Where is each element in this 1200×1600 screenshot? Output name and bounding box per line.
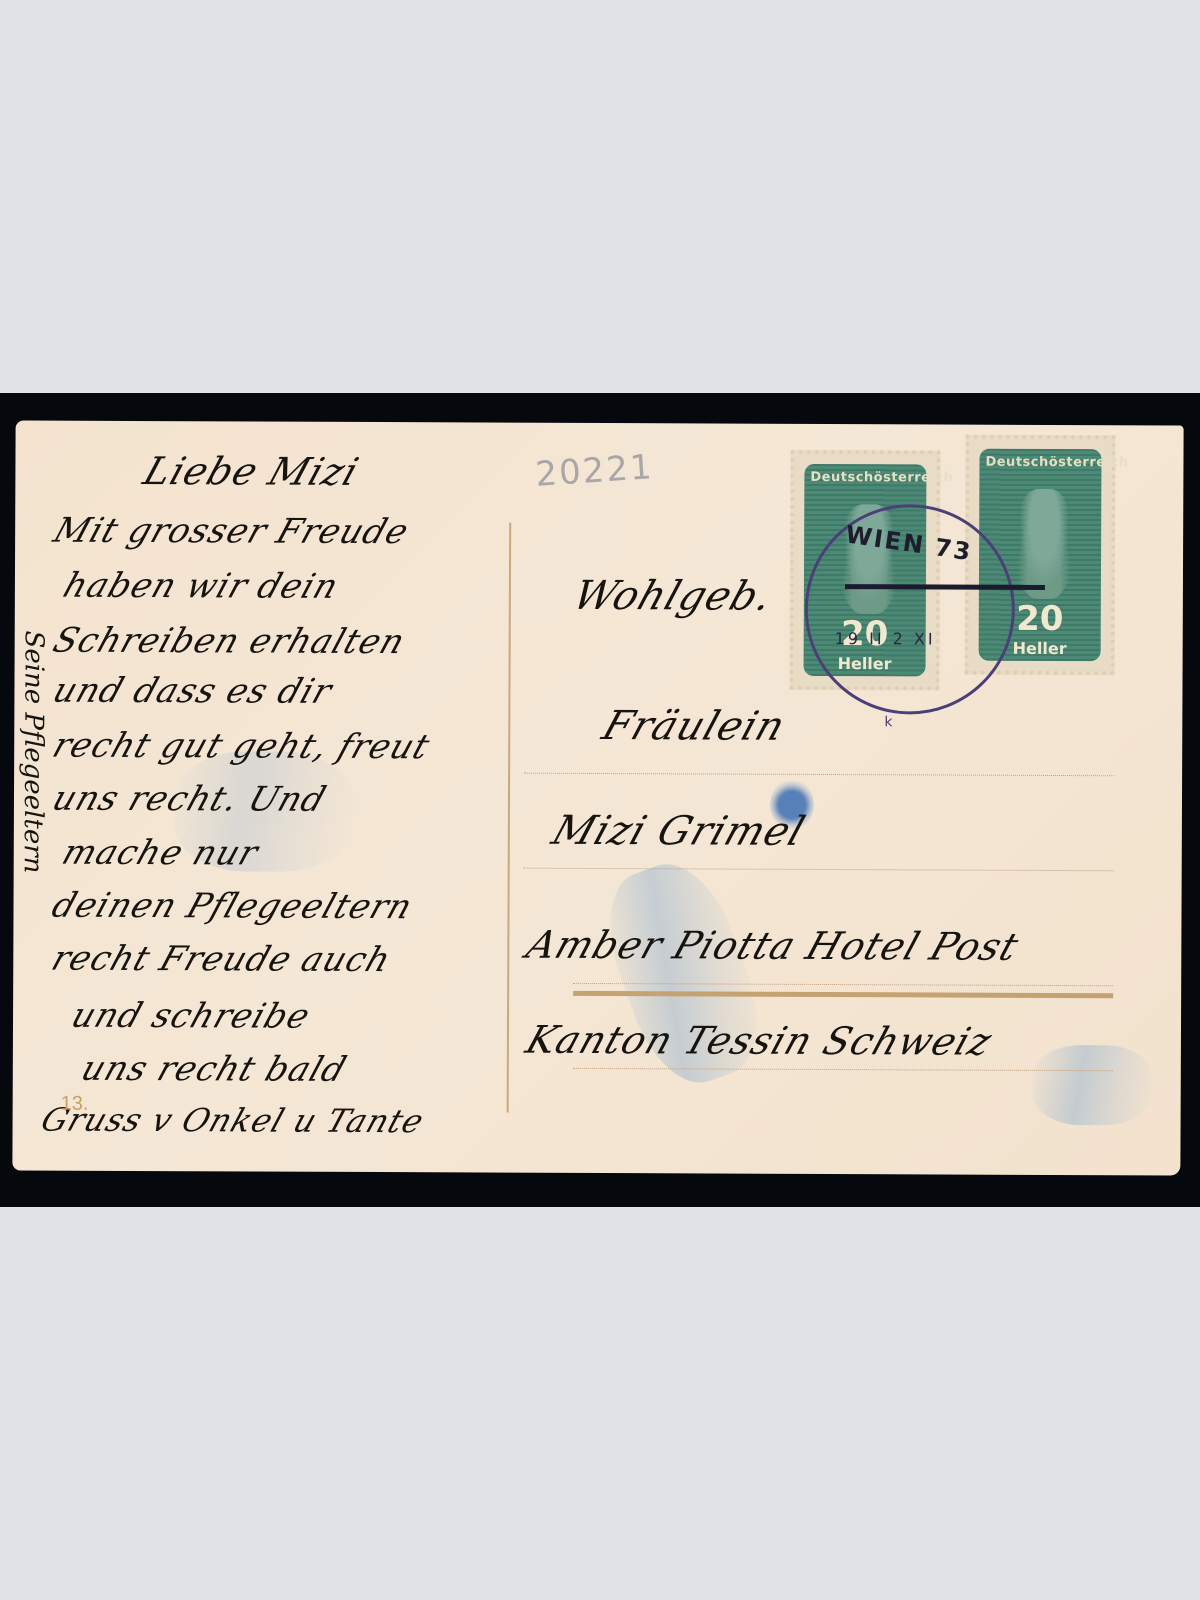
- message-line: recht Freude auch: [47, 939, 397, 980]
- address-rule: [524, 868, 1114, 873]
- address-line: Mizi Grimel: [546, 808, 811, 855]
- stamp-country: Deutschösterreich: [985, 455, 1095, 470]
- message-line: deinen Pflegeeltern: [47, 886, 418, 928]
- message-line: uns recht. Und: [47, 779, 331, 820]
- address-line: Kanton Tessin Schweiz: [521, 1018, 998, 1064]
- ink-smear: [1033, 1045, 1153, 1126]
- message-line: mache nur: [57, 833, 264, 874]
- message-line: Schreiben erhalten: [48, 621, 410, 662]
- message-greeting: Liebe Mizi: [138, 449, 365, 494]
- printed-card-number: 13.: [61, 1093, 89, 1116]
- address-rule: [524, 773, 1114, 778]
- message-line: Mit grosser Freude: [49, 511, 415, 552]
- message-line: und dass es dir: [48, 671, 338, 712]
- message-line: und schreibe: [66, 996, 315, 1037]
- postmark-letter: k: [884, 714, 892, 730]
- address-line: Amber Piotta Hotel Post: [521, 923, 1025, 969]
- address-line: Wohlgeb.: [567, 573, 779, 620]
- message-line: uns recht bald: [76, 1049, 352, 1090]
- message-side-note: Seine Pflegeeltern: [18, 630, 49, 873]
- stamp-country: Deutschösterreich: [810, 470, 920, 485]
- postmark-date: 19 II 2 XI: [835, 629, 936, 648]
- photo-frame: 20221 Liebe Mizi Mit grosser Freude habe…: [0, 393, 1200, 1207]
- stamp-figure-icon: [1015, 489, 1073, 599]
- postcard: 20221 Liebe Mizi Mit grosser Freude habe…: [12, 420, 1183, 1175]
- message-line: haben wir dein: [58, 566, 344, 607]
- message-line: Gruss v Onkel u Tante: [36, 1101, 429, 1141]
- address-rule: [573, 1068, 1113, 1072]
- pencil-number: 20221: [534, 447, 655, 495]
- address-line: Fräulein: [597, 703, 792, 750]
- postcard-divider: [507, 523, 512, 1113]
- postmark-bar: [845, 584, 1045, 590]
- message-line: recht gut geht, freut: [48, 726, 436, 768]
